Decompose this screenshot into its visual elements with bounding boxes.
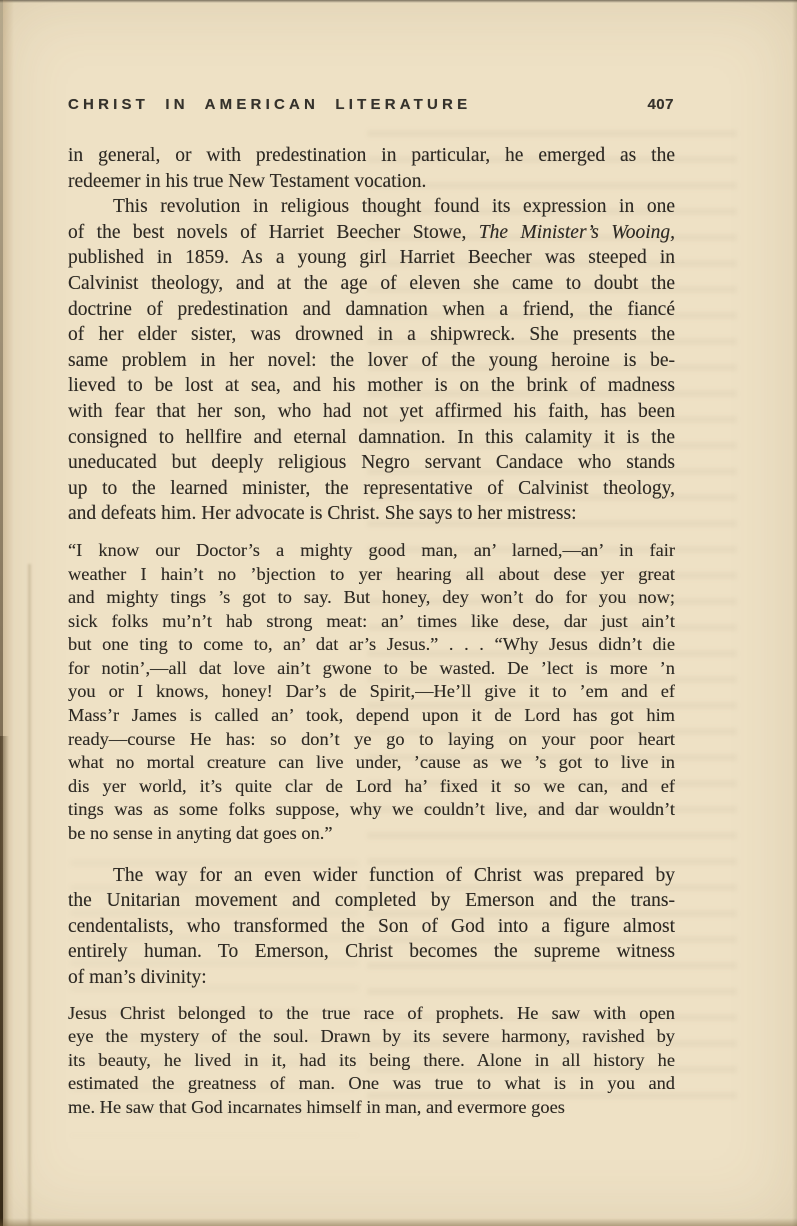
text-line: its beauty, he lived in it, had its bein… [68,1049,675,1073]
scan-bottom-edge [0,1218,797,1226]
paragraph-quote1: “I know our Doctor’s a mighty good man, … [68,539,675,846]
text-line: weather I hain’t no ’bjection to yer hea… [68,563,675,587]
text-line: me. He saw that God incarnates himself i… [68,1096,675,1120]
text-line: the Unitarian movement and completed by … [68,888,675,914]
text-line: Jesus Christ belonged to the true race o… [68,1002,675,1026]
running-head-title: CHRIST IN AMERICAN LITERATURE [68,96,471,113]
text-line: sick folks mu’n’t hab strong meat: an’ t… [68,610,675,634]
text-line: ready—course He has: so don’t ye go to l… [68,728,675,752]
page-body: in general, or with predestination in pa… [68,143,675,1120]
text-line: The way for an even wider function of Ch… [68,863,675,889]
text-line: of her elder sister, was drowned in a sh… [68,322,675,348]
running-head: CHRIST IN AMERICAN LITERATURE 407 [68,96,674,113]
paragraph-body2: This revolution in religious thought fou… [68,194,675,527]
text-line: for notin’,—all dat love ain’t gwone to … [68,657,675,681]
text-line: doctrine of predestination and damnation… [68,297,675,323]
text-line: cendentalists, who transformed the Son o… [68,914,675,940]
text-segment: of the best novels of Harriet Beecher St… [68,222,479,243]
text-line: in general, or with predestination in pa… [68,143,675,169]
text-line: same problem in her novel: the lover of … [68,348,675,374]
text-line: dis yer world, it’s quite clar de Lord h… [68,775,675,799]
text-line: with fear that her son, who had not yet … [68,399,675,425]
italic-text: The Minister’s Wooing, [479,222,675,243]
text-line: “I know our Doctor’s a mighty good man, … [68,539,675,563]
text-line: published in 1859. As a young girl Harri… [68,245,675,271]
text-line: up to the learned minister, the represen… [68,476,675,502]
text-line: and defeats him. Her advocate is Christ.… [68,501,675,527]
text-line: of man’s divinity: [68,965,675,991]
text-line: and mighty tings ’s got to say. But hone… [68,586,675,610]
text-line: but one ting to come to, an’ dat ar’s Je… [68,633,675,657]
paragraph-quote2: Jesus Christ belonged to the true race o… [68,1002,675,1120]
text-line: lieved to be lost at sea, and his mother… [68,373,675,399]
text-line: estimated the greatness of man. One was … [68,1072,675,1096]
paragraph-body3: The way for an even wider function of Ch… [68,863,675,991]
book-page-scan: CHRIST IN AMERICAN LITERATURE 407 in gen… [0,0,797,1226]
paragraph-body1: in general, or with predestination in pa… [68,143,675,194]
text-line: Calvinist theology, and at the age of el… [68,271,675,297]
scan-top-edge [0,0,797,3]
text-line: tings was as some folks suppose, why we … [68,798,675,822]
text-line: entirely human. To Emerson, Christ becom… [68,939,675,965]
scan-right-edge [792,0,797,1226]
text-line: Mass’r James is called an’ took, depend … [68,704,675,728]
text-line: consigned to hellfire and eternal damnat… [68,425,675,451]
text-line: what no mortal creature can live under, … [68,751,675,775]
text-line: be no sense in anyting dat goes on.” [68,822,675,846]
page-number: 407 [647,96,674,113]
text-line: This revolution in religious thought fou… [68,194,675,220]
page-crease [28,564,31,1226]
text-line: uneducated but deeply religious Negro se… [68,450,675,476]
binding-edge-lower [0,736,9,1226]
text-line: of the best novels of Harriet Beecher St… [68,220,675,246]
text-line: you or I knows, honey! Dar’s de Spirit,—… [68,680,675,704]
text-line: eye the mystery of the soul. Drawn by it… [68,1025,675,1049]
text-line: redeemer in his true New Testament vocat… [68,169,675,195]
